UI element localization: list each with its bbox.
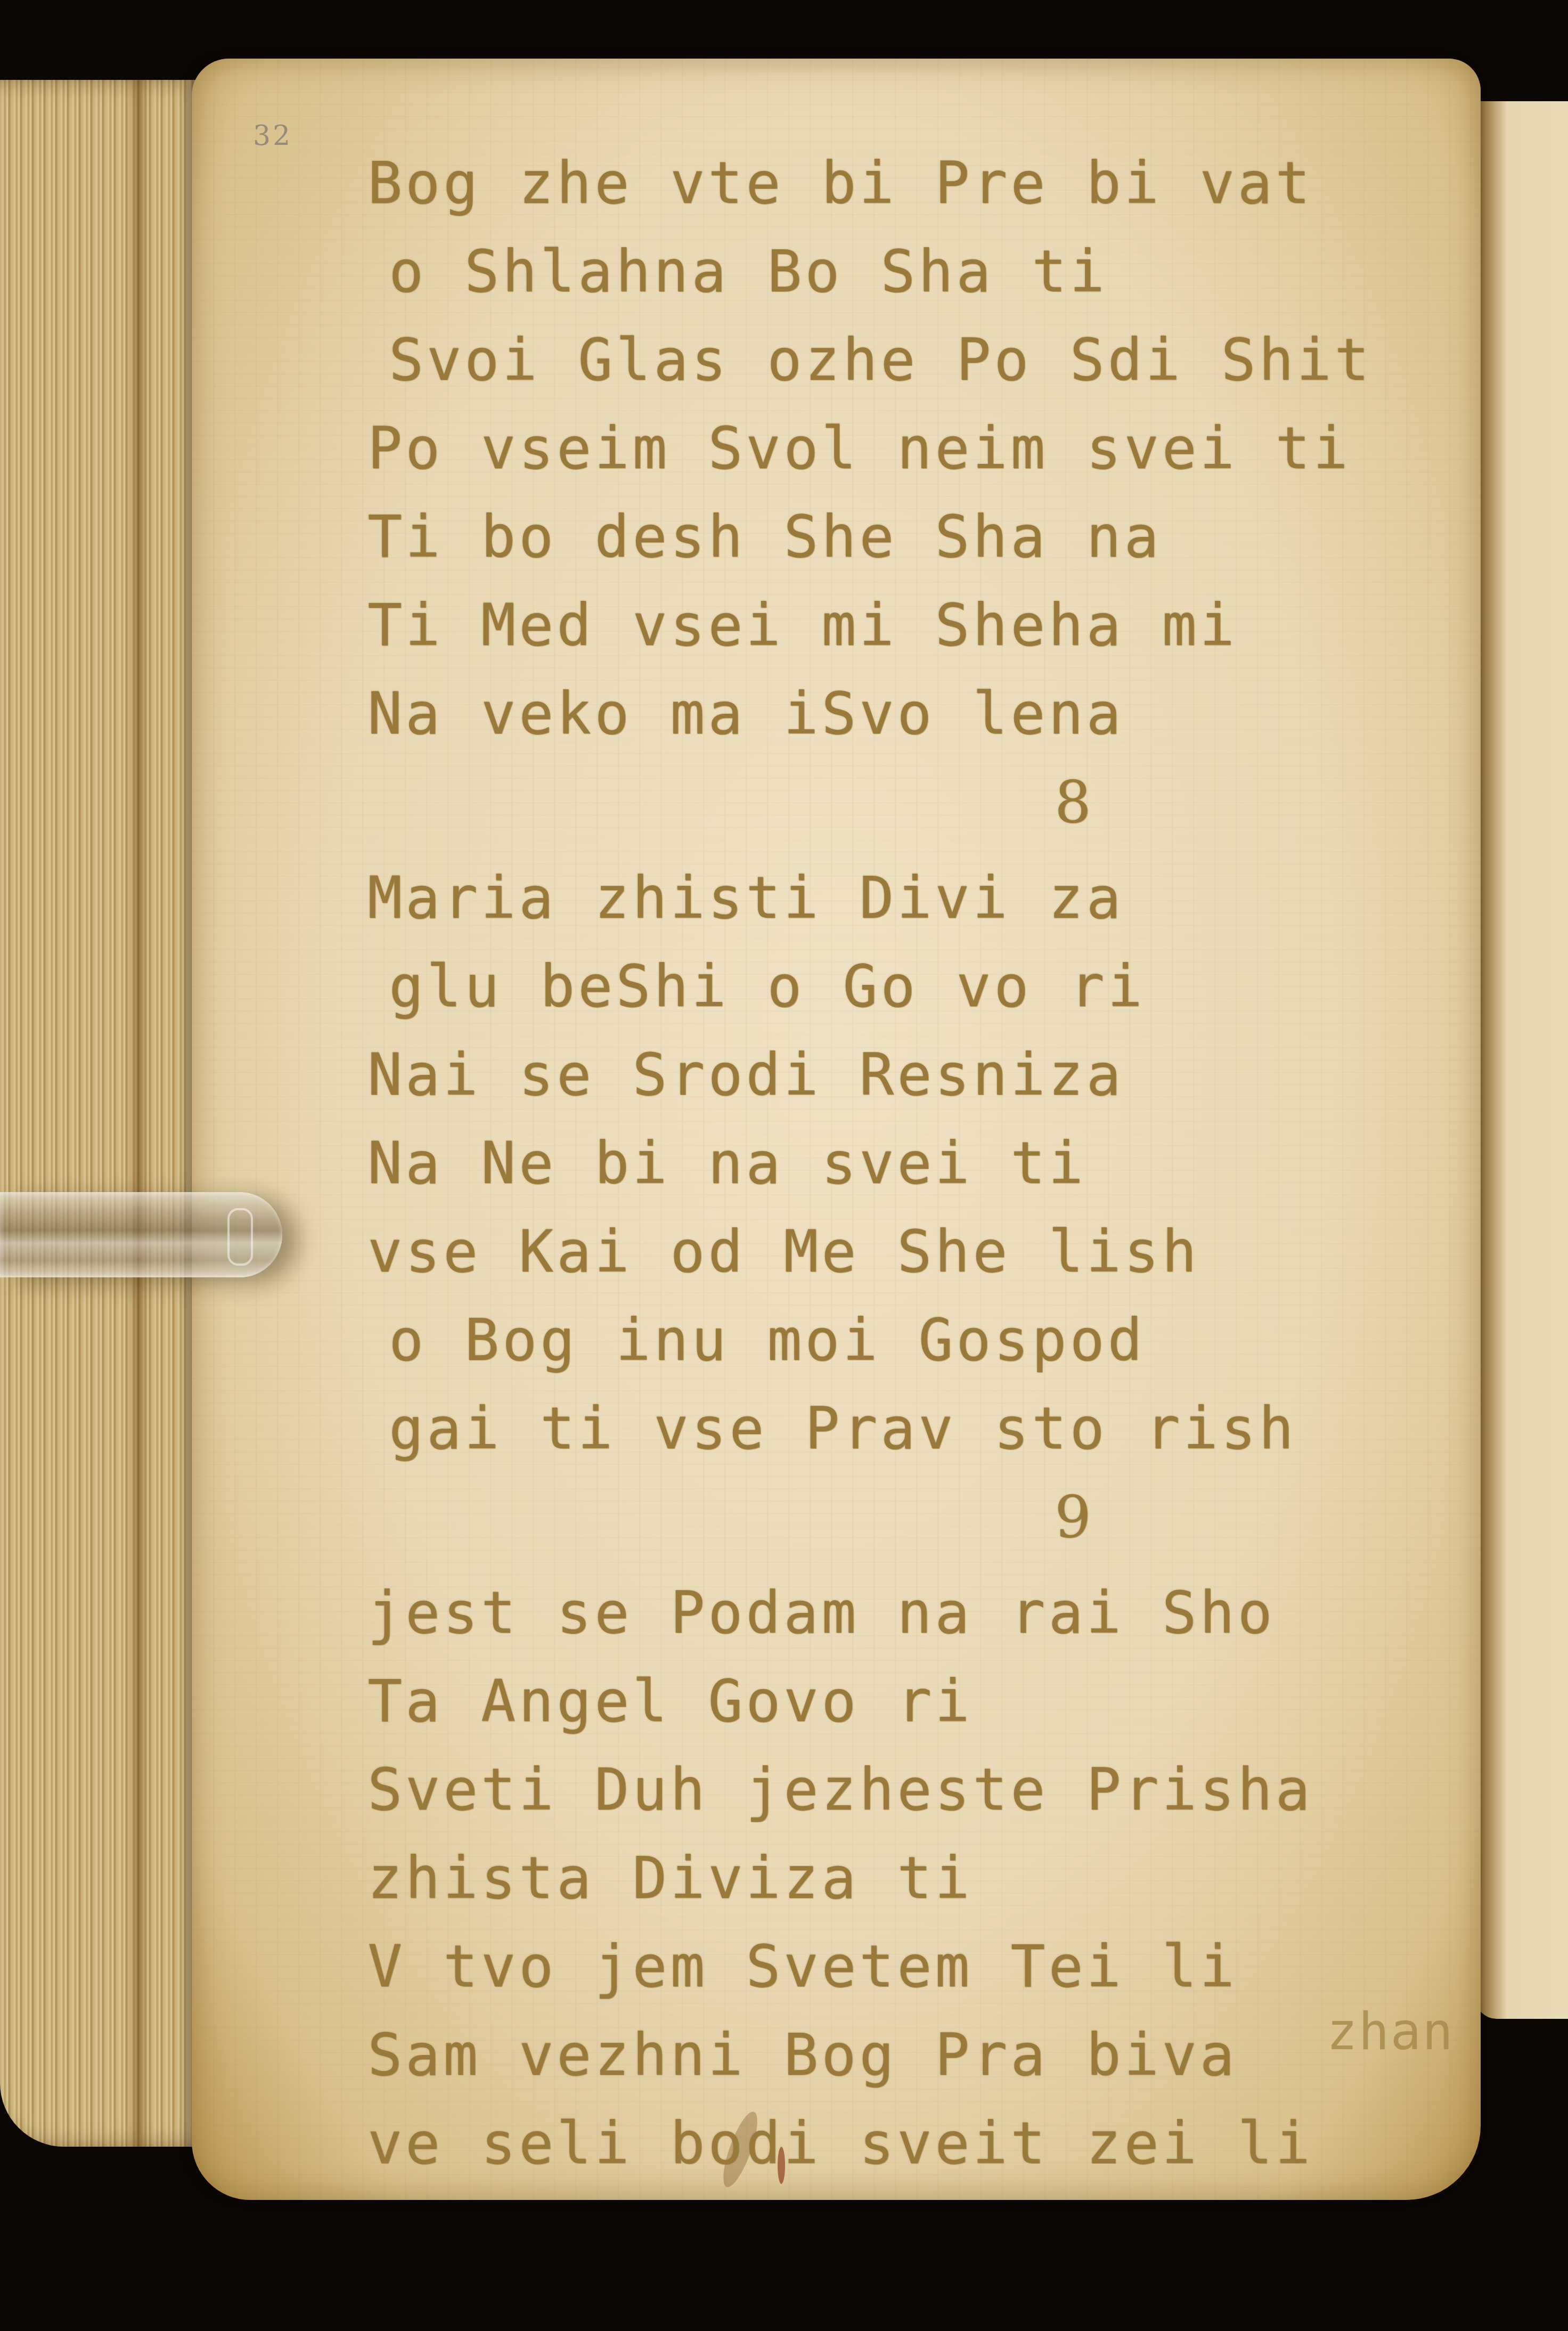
verse-line: Maria zhisti Divi za [367, 861, 1486, 950]
book-page-edges [0, 80, 224, 2147]
verse-line: Sam vezhni Bog Pra biva [367, 2018, 1486, 2107]
verse-line: Ti bo desh She Sha na [367, 500, 1486, 589]
verse-line: Svoi Glas ozhe Po Sdi Shit [367, 323, 1486, 412]
manuscript-page: 32 Bog zhe vte bi Pre bi vat o Shlahna B… [192, 59, 1481, 2200]
verse-line: o Shlahna Bo Sha ti [367, 235, 1486, 323]
verse-line: Ti Med vsei mi Sheha mi [367, 589, 1486, 677]
verse-line: Na Ne bi na svei ti [367, 1127, 1486, 1215]
verse-line: Nai se Srodi Resniza [367, 1038, 1486, 1127]
verse-line: jest se Podam na rai Sho [367, 1576, 1486, 1665]
stanza-number: 8 [367, 765, 1486, 861]
verse-line: Na veko ma iSvo lena [367, 677, 1486, 765]
verse-line: o Bog inu moi Gospod [367, 1303, 1486, 1392]
verse-line: Bog zhe vte bi Pre bi vat [367, 146, 1486, 235]
verse-line: vse Kai od Me She lish [367, 1215, 1486, 1303]
verse-line: V tvo jem Svetem Tei li [367, 1930, 1486, 2018]
verse-line: Sveti Duh jezheste Prisha [367, 1753, 1486, 1841]
glass-rod-weight [0, 1192, 282, 1277]
verse-line: Po vseim Svol neim svei ti [367, 412, 1486, 500]
facing-page-edge [1475, 101, 1568, 2019]
verse-line: gai ti vse Prav sto rish [367, 1392, 1486, 1480]
verse-line: ve seli bodi sveit zei li [367, 2107, 1486, 2195]
verse-line: zhista Diviza ti [367, 1841, 1486, 1930]
catchword: zhan [1327, 2002, 1454, 2061]
verse-line: glu beShi o Go vo ri [367, 950, 1486, 1038]
text-block: Bog zhe vte bi Pre bi vat o Shlahna Bo S… [367, 146, 1486, 2195]
stanza-number: 9 [367, 1480, 1486, 1576]
page-number: 32 [253, 120, 292, 152]
photograph-frame: 32 Bog zhe vte bi Pre bi vat o Shlahna B… [0, 0, 1568, 2331]
verse-line: Ta Angel Govo ri [367, 1665, 1486, 1753]
